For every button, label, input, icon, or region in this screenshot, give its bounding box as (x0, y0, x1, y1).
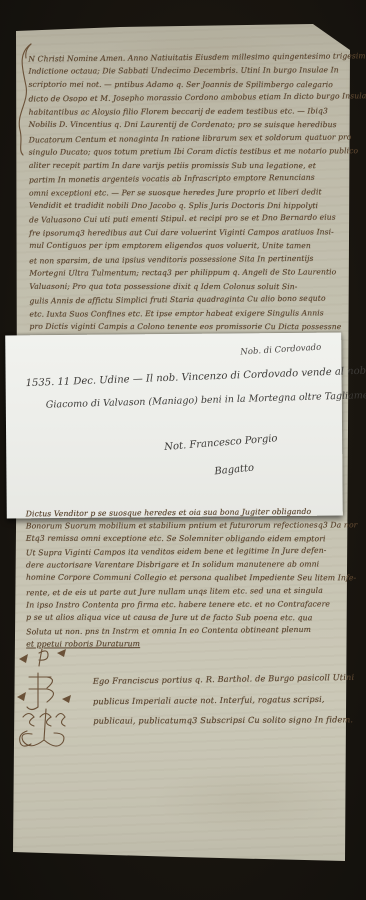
handwritten-line: rente, et de eis ut parte aut Jure nulla… (26, 583, 344, 599)
slip-regest-line-1: 1535. 11 Dec. Udine — Il nob. Vincenzo d… (25, 365, 366, 389)
notarial-sign-monogram (15, 645, 75, 757)
handwritten-line: omni exceptioni etc. — Per se suosque he… (29, 185, 343, 200)
handwritten-line: Ego Franciscus portius q. R. Barthol. de… (93, 667, 343, 691)
handwritten-line: etc. Iuxta Suos Confines etc. Et ipse em… (29, 306, 343, 321)
latin-deed-text-upper: N Christi Nomine Amen. Anno Natiuitatis … (28, 50, 343, 347)
handwritten-line: habitantibus ac Aloysio filio Florem bec… (29, 104, 343, 119)
handwritten-line: mul Contiguos per ipm emptorem eligendos… (29, 239, 343, 253)
slip-notary-attribution-2: Bagatto (214, 463, 255, 478)
handwritten-line: Bonorum Suorum mobilium et stabilium pnt… (26, 519, 344, 533)
handwritten-line: publicus Imperiali aucte not. Interfui, … (93, 688, 343, 711)
slip-heading-note: Nob. di Cordovado (240, 343, 321, 358)
handwritten-line: et non sparsim, de una ipsius venditoris… (29, 251, 343, 267)
handwritten-line: fre ipsorumq3 heredibus aut Cui dare vol… (29, 225, 343, 240)
handwritten-line: singulo Ducato; quos totum pretium Ibi C… (29, 144, 343, 159)
handwritten-line: Indictione octaua; Die Sabbati Undecimo … (28, 64, 342, 79)
handwritten-line: publicaui, publicatumq3 Subscripsi Cu so… (93, 709, 343, 731)
handwritten-line: Nobilis D. Vincentius q. Dni Laurentij d… (29, 118, 343, 132)
handwritten-line: Soluta ut non. pns tn Instrm et omnia In… (26, 622, 344, 638)
notary-subscription-text: Ego Franciscus portius q. R. Barthol. de… (93, 668, 344, 732)
slip-notary-attribution: Not. Francesco Porgio (164, 433, 278, 453)
latin-deed-text-lower: Dictus Venditor p se suosque heredes et … (26, 505, 345, 650)
photo-background: N Christi Nomine Amen. Anno Natiuitatis … (0, 0, 366, 900)
handwritten-line: Ducatorum Centum et nonaginta In ratione… (29, 130, 343, 146)
slip-regest-line-2: Giacomo di Valvason (Maniago) beni in la… (46, 390, 366, 411)
handwritten-line: homine Corpore Communi Collegio et perso… (26, 571, 344, 585)
handwritten-line: Mortegni Ultra Tulmentum; rectaq3 per ph… (29, 266, 343, 281)
handwritten-line: In ipso Instro Contenta pro firma etc. h… (26, 597, 344, 611)
handwritten-line: pro Dictis viginti Campis a Colono tenen… (30, 320, 344, 334)
handwritten-line: Dictus Venditor p se suosque heredes et … (26, 505, 344, 521)
archivist-paper-slip: Nob. di Cordovado 1535. 11 Dec. Udine — … (5, 333, 343, 519)
